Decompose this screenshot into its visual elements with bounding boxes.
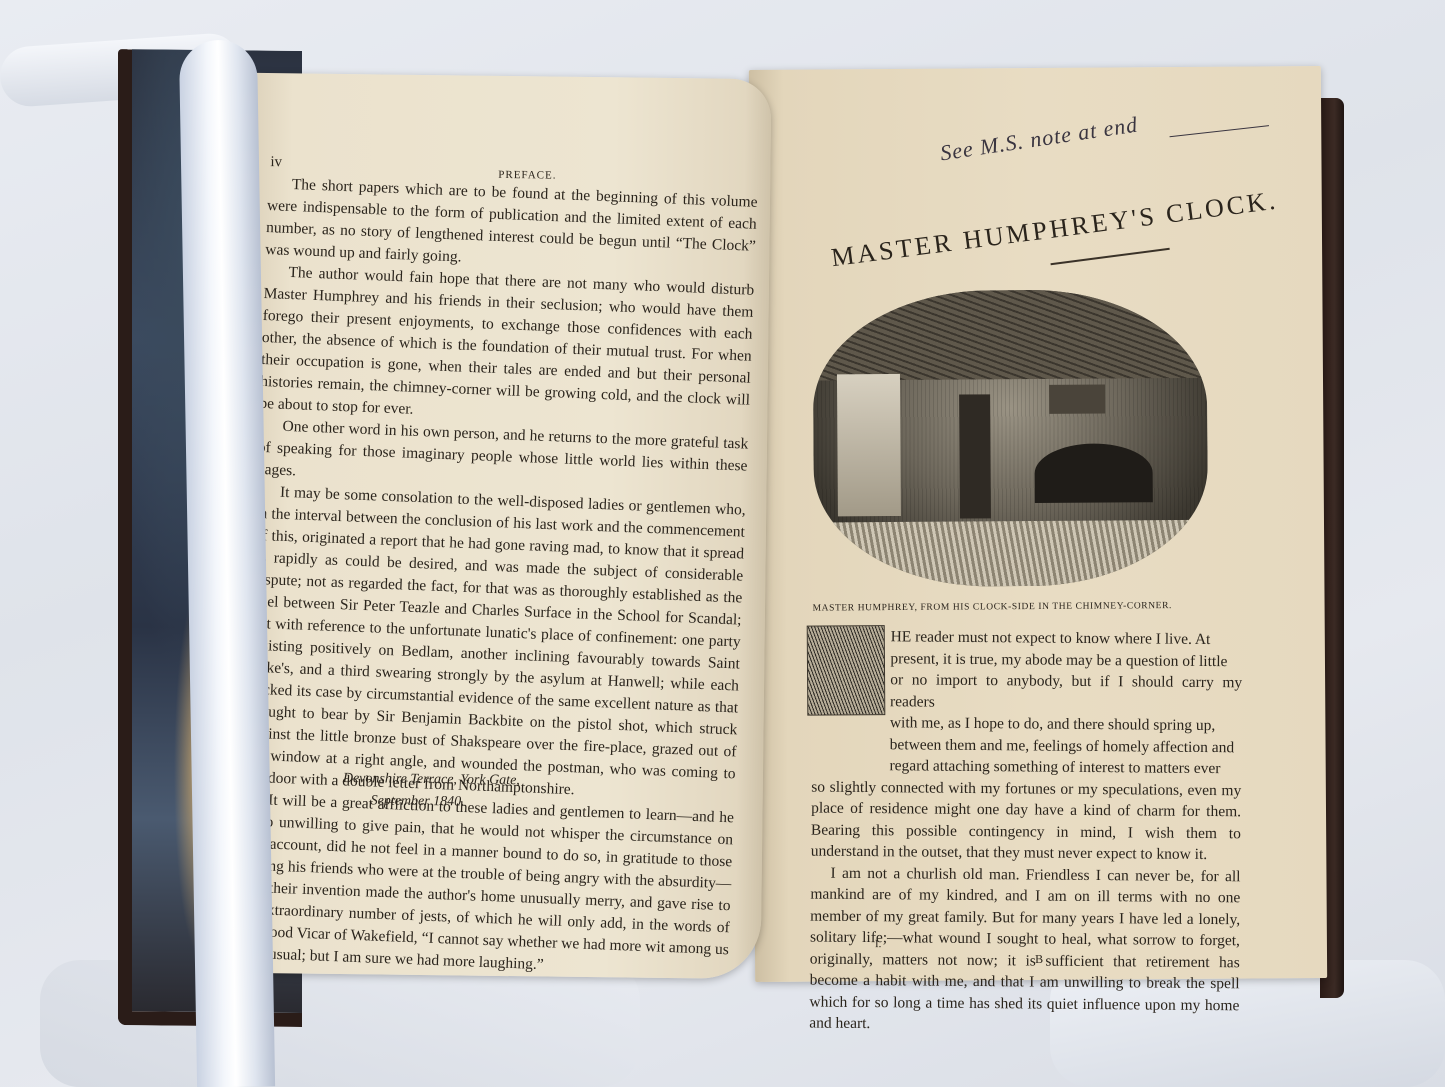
opening-line: or no import to anybody, but if I should…	[812, 669, 1242, 716]
left-page: iv PREFACE. The short papers which are t…	[241, 73, 772, 979]
paragraph: so slightly connected with my fortunes o…	[811, 776, 1242, 866]
chapter-title: MASTER HUMPHREY'S CLOCK.	[830, 189, 1279, 269]
paragraph: The author would fain hope that there ar…	[259, 261, 755, 434]
right-page-body: HE reader must not expect to know where …	[809, 626, 1243, 1038]
signature-mark: B	[1035, 948, 1043, 970]
engraving-fireplace	[1034, 443, 1153, 503]
paragraph: I am not a churlish old man. Friendless …	[809, 862, 1240, 1038]
handwritten-note: See M.S. note at end	[939, 114, 1140, 165]
page-number: iv	[270, 151, 282, 173]
illustration-caption: MASTER HUMPHREY, FROM HIS CLOCK-SIDE IN …	[813, 595, 1173, 620]
preface-signature: Devonshire Terrace, York Gate, September…	[342, 768, 519, 814]
handwritten-underline	[1170, 125, 1269, 137]
paragraph: It may be some consolation to the well-d…	[245, 481, 746, 808]
engraving-ceiling	[812, 289, 1207, 381]
paragraph: It will be a great affliction to these l…	[238, 789, 734, 984]
signature-place: Devonshire Terrace, York Gate,	[343, 768, 520, 792]
right-page: See M.S. note at end MASTER HUMPHREY'S C…	[749, 66, 1327, 982]
preface-body: The short papers which are to be found a…	[238, 173, 758, 983]
engraving-floor	[814, 520, 1208, 588]
engraving-illustration	[812, 289, 1208, 588]
title-rule	[1051, 248, 1170, 265]
engraving-clock	[959, 394, 991, 519]
volume-mark: I.	[875, 933, 882, 955]
engraving-window	[837, 374, 901, 517]
signature-date: September 1840.	[342, 790, 519, 814]
engraving-painting	[1049, 384, 1104, 414]
